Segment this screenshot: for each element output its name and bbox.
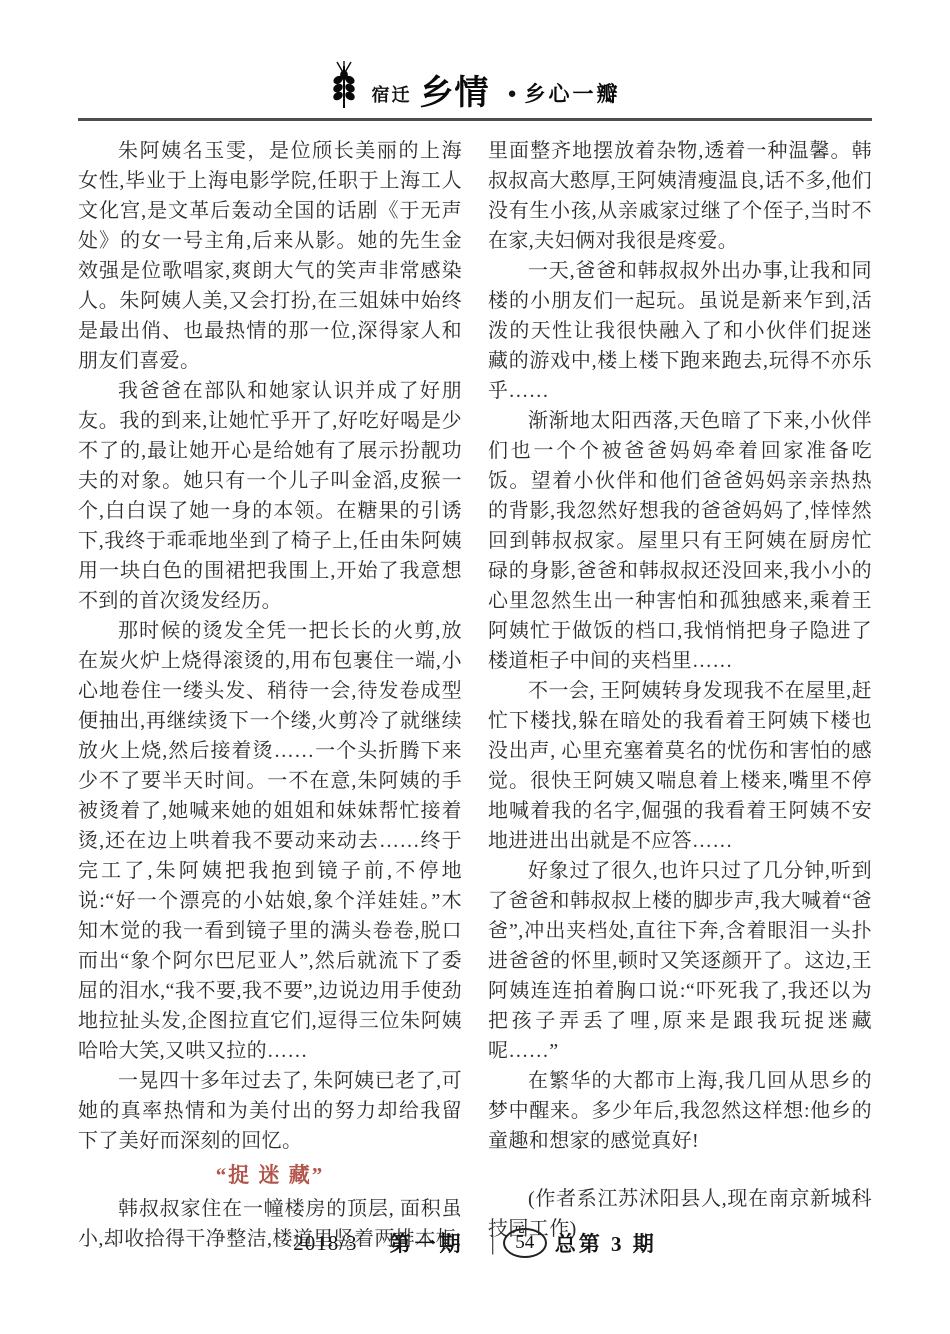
paragraph: 不一会, 王阿姨转身发现我不在屋里,赶忙下楼找,躲在暗处的我看着王阿姨下楼也没出… [488, 676, 872, 856]
brand: 宿迁 乡情 ● 乡心一瓣 [78, 56, 872, 110]
header-rule [78, 118, 872, 121]
paragraph-continuation: 里面整齐地摆放着杂物,透着一种温馨。韩叔叔高大憨厚,王阿姨清瘦温良,话不多,他们… [488, 136, 872, 256]
page-number-badge: 54 [503, 1228, 547, 1258]
paragraph: 那时候的烫发全凭一把长长的火剪,放在炭火炉上烧得滚烫的,用布包裹住一端,小心地卷… [78, 616, 462, 1066]
paragraph: 朱阿姨名玉雯，是位颀长美丽的上海女性,毕业于上海电影学院,任职于上海工人文化宫,… [78, 136, 462, 376]
paragraph: 我爸爸在部队和她家认识并成了好朋友。我的到来,让她忙乎开了,好吃好喝是少不了的,… [78, 376, 462, 616]
issue-date: 2018/3 [293, 1231, 357, 1256]
brand-name: 乡情 [419, 76, 489, 110]
wheat-ear-icon [329, 60, 359, 110]
right-column: 里面整齐地摆放着杂物,透着一种温馨。韩叔叔高大憨厚,王阿姨清瘦温良,话不多,他们… [488, 136, 872, 1254]
paragraph: 一天,爸爸和韩叔叔外出办事,让我和同楼的小朋友们一起玩。虽说是新来乍到,活泼的天… [488, 256, 872, 406]
issue-label: 第一期 [390, 1228, 465, 1258]
page-header: 宿迁 乡情 ● 乡心一瓣 [78, 56, 872, 121]
section-heading: “捉 迷 藏” [78, 1160, 462, 1190]
section-name: 乡心一瓣 [525, 84, 621, 110]
page-footer: 2018/3 第一期 | 54 总第 3 期 [0, 1228, 950, 1258]
footer-separator: | [491, 1231, 495, 1256]
paragraph: 好象过了很久,也许只过了几分钟,听到了爸爸和韩叔叔上楼的脚步声,我大喊着“爸爸”… [488, 856, 872, 1066]
brand-prefix: 宿迁 [371, 86, 411, 110]
volume-label: 总第 3 期 [555, 1228, 657, 1258]
bullet-icon: ● [507, 87, 516, 110]
paragraph: 一晃四十多年过去了, 朱阿姨已老了,可她的真率热情和为美付出的努力却给我留下了美… [78, 1066, 462, 1156]
paragraph: 在繁华的大都市上海,我几回从思乡的梦中醒来。多少年后,我忽然这样想:他乡的童趣和… [488, 1066, 872, 1156]
magazine-page: 宿迁 乡情 ● 乡心一瓣 朱阿姨名玉雯，是位颀长美丽的上海女性,毕业于上海电影学… [0, 0, 950, 1334]
paragraph: 渐渐地太阳西落,天色暗了下来,小伙伴们也一个个被爸爸妈妈牵着回家准备吃饭。望着小… [488, 406, 872, 676]
article-body: 朱阿姨名玉雯，是位颀长美丽的上海女性,毕业于上海电影学院,任职于上海工人文化宫,… [78, 136, 872, 1254]
left-column: 朱阿姨名玉雯，是位颀长美丽的上海女性,毕业于上海电影学院,任职于上海工人文化宫,… [78, 136, 462, 1254]
